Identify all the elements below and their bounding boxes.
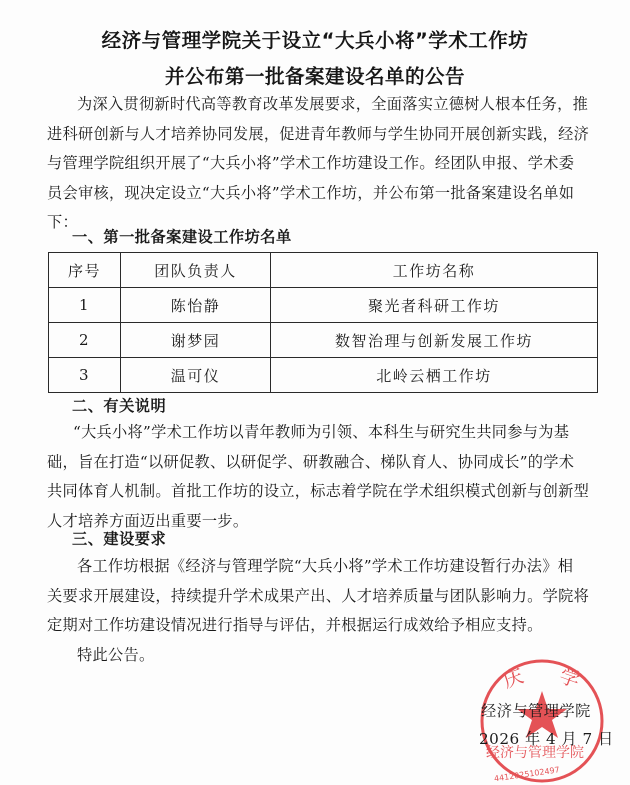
table-header-cell: 团队负责人 <box>121 253 271 288</box>
table-cell-workshop: 聚光者科研工作坊 <box>271 288 598 323</box>
section3-paragraph: 各工作坊根据《经济与管理学院“大兵小将”学术工作坊建设暂行办法》相 关要求开展建… <box>47 552 592 670</box>
table-cell-index: 2 <box>49 323 121 358</box>
section3-line: 关要求开展建设，持续提升学术成果产出、人才培养质量与团队影响力。学院将 <box>47 582 592 612</box>
table-cell-workshop: 北岭云栖工作坊 <box>271 358 598 393</box>
intro-line: 与管理学院组织开展了“大兵小将”学术工作坊建设工作。经团队申报、学术委 <box>47 149 592 179</box>
intro-line: 进科研创新与人才培养协同发展，促进青年教师与学生协同开展创新实践，经济 <box>47 120 592 150</box>
table-cell-leader: 陈怡静 <box>121 288 271 323</box>
document-title-line2: 并公布第一批备案建设名单的公告 <box>0 61 630 89</box>
table-header-cell: 序号 <box>49 253 121 288</box>
section3-heading: 三、建设要求 <box>72 528 166 549</box>
table-cell-leader: 温可仪 <box>121 358 271 393</box>
table-cell-index: 1 <box>49 288 121 323</box>
section1-heading: 一、第一批备案建设工作坊名单 <box>72 226 292 247</box>
table-cell-workshop: 数智治理与创新发展工作坊 <box>271 323 598 358</box>
table-header-cell: 工作坊名称 <box>271 253 598 288</box>
table-row: 1 陈怡静 聚光者科研工作坊 <box>49 288 598 323</box>
intro-line: 为深入贯彻新时代高等教育改革发展要求，全面落实立德树人根本任务，推 <box>47 90 592 120</box>
section2-paragraph: “大兵小将”学术工作坊以青年教师为引领、本科生与研究生共同参与为基 础，旨在打造… <box>47 418 592 536</box>
workshop-list-table: 序号 团队负责人 工作坊名称 1 陈怡静 聚光者科研工作坊 2 谢梦园 数智治理… <box>48 252 598 393</box>
table-header-row: 序号 团队负责人 工作坊名称 <box>49 253 598 288</box>
table-row: 2 谢梦园 数智治理与创新发展工作坊 <box>49 323 598 358</box>
intro-paragraph: 为深入贯彻新时代高等教育改革发展要求，全面落实立德树人根本任务，推 进科研创新与… <box>47 90 592 238</box>
section3-line: 定期对工作坊建设情况进行指导与评估，并根据运行成效给予相应支持。 <box>47 611 592 641</box>
signature-date: 2026 年 4 月 7 日 <box>479 728 614 749</box>
section2-line: 共同体育人机制。首批工作坊的设立，标志着学院在学术组织模式创新与创新型 <box>47 477 592 507</box>
table-cell-leader: 谢梦园 <box>121 323 271 358</box>
table-row: 3 温可仪 北岭云栖工作坊 <box>49 358 598 393</box>
svg-text:庆: 庆 <box>500 663 527 692</box>
section3-line: 各工作坊根据《经济与管理学院“大兵小将”学术工作坊建设暂行办法》相 <box>47 552 592 582</box>
svg-text:学: 学 <box>556 663 583 692</box>
section2-heading: 二、有关说明 <box>72 395 166 416</box>
section2-line: “大兵小将”学术工作坊以青年教师为引领、本科生与研究生共同参与为基 <box>47 418 592 448</box>
section2-line: 础，旨在打造“以研促教、以研促学、研教融合、梯队育人、协同成长”的学术 <box>47 448 592 478</box>
document-title-line1: 经济与管理学院关于设立“大兵小将”学术工作坊 <box>0 25 630 53</box>
table-cell-index: 3 <box>49 358 121 393</box>
signature-org: 经济与管理学院 <box>481 700 591 721</box>
intro-line: 员会审核，现决定设立“大兵小将”学术工作坊，并公布第一批备案建设名单如 <box>47 179 592 209</box>
